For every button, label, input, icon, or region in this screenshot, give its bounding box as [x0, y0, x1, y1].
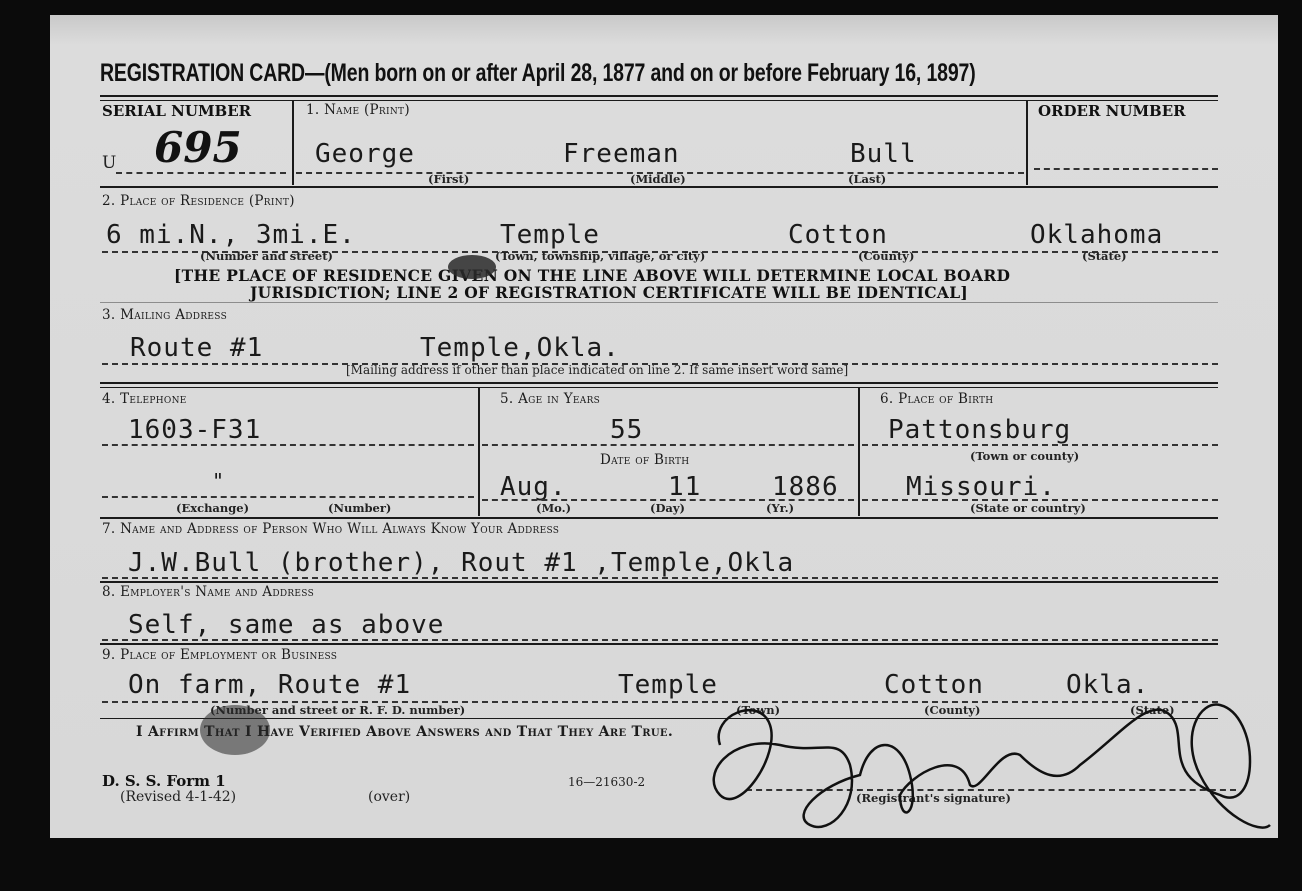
- employment-street: On farm, Route #1: [128, 670, 411, 700]
- telephone-exchange-line: [102, 496, 474, 498]
- divider: [100, 643, 1218, 645]
- mailing-address-part1: Route #1: [130, 333, 263, 363]
- registration-card: REGISTRATION CARD—(Men born on or after …: [50, 15, 1278, 838]
- divider: [478, 388, 480, 516]
- residence-county: Cotton: [788, 220, 888, 250]
- divider: [100, 95, 1218, 97]
- birthplace-state: Missouri.: [906, 472, 1056, 502]
- dob-year-caption: (Yr.): [766, 501, 794, 515]
- contact-value: J.W.Bull (brother), Rout #1 ,Temple,Okla: [128, 548, 794, 578]
- age-line: [482, 444, 854, 446]
- residence-county-caption: (County): [858, 249, 914, 263]
- residence-state: Oklahoma: [1030, 220, 1163, 250]
- employer-value: Self, same as above: [128, 610, 444, 640]
- contact-line: [102, 577, 1218, 579]
- dob-day: 11: [668, 472, 701, 502]
- divider: [1026, 101, 1028, 185]
- contact-label: 7. Name and Address of Person Who Will A…: [102, 521, 559, 537]
- birthplace-label: 6. Place of Birth: [880, 391, 993, 407]
- name-middle-caption: (Middle): [630, 172, 686, 186]
- form-name: D. S. S. Form 1: [102, 772, 226, 790]
- serial-prefix: U: [102, 153, 116, 173]
- telephone-value: 1603-F31: [128, 415, 261, 445]
- divider: [100, 382, 1218, 384]
- divider: [100, 186, 1218, 188]
- residence-street-caption: (Number and street): [200, 249, 333, 263]
- telephone-label: 4. Telephone: [102, 391, 187, 407]
- residence-label: 2. Place of Residence (Print): [102, 193, 295, 209]
- dob-month-caption: (Mo.): [536, 501, 571, 515]
- employment-label: 9. Place of Employment or Business: [102, 647, 337, 663]
- age-label: 5. Age in Years: [500, 391, 600, 407]
- serial-number-value: 695: [154, 123, 242, 172]
- divider: [100, 100, 1218, 101]
- order-number-label: ORDER NUMBER: [1038, 102, 1186, 120]
- fingerprint-smudge: [200, 705, 270, 755]
- employer-line: [102, 639, 1218, 641]
- dob-year: 1886: [772, 472, 839, 502]
- residence-notice-line2: JURISDICTION; LINE 2 OF REGISTRATION CER…: [250, 283, 968, 302]
- birthplace-state-caption: (State or country): [970, 501, 1086, 515]
- card-title: REGISTRATION CARD—(Men born on or after …: [100, 59, 1044, 88]
- serial-line: [116, 172, 286, 174]
- name-last: Bull: [850, 139, 917, 169]
- name-first: George: [315, 139, 415, 169]
- residence-state-caption: (State): [1082, 249, 1127, 263]
- order-number-line: [1034, 168, 1218, 170]
- residence-town-caption: (Town, township, village, or city): [495, 249, 705, 263]
- residence-town: Temple: [500, 220, 600, 250]
- employer-label: 8. Employer's Name and Address: [102, 584, 314, 600]
- serial-number-label: SERIAL NUMBER: [102, 102, 251, 120]
- divider: [100, 387, 1218, 388]
- divider: [858, 388, 860, 516]
- name-first-caption: (First): [428, 172, 469, 186]
- mailing-address-part2: Temple,Okla.: [420, 333, 620, 363]
- telephone-exchange-caption: (Exchange): [176, 501, 249, 515]
- divider: [292, 101, 294, 185]
- name-label: 1. Name (Print): [306, 102, 410, 118]
- date-of-birth-label: Date of Birth: [600, 452, 689, 468]
- mailing-address-caption: [Mailing address if other than place ind…: [346, 363, 848, 377]
- form-revised: (Revised 4-1-42): [120, 789, 236, 805]
- divider: [100, 517, 1218, 519]
- dob-day-caption: (Day): [650, 501, 685, 515]
- birthplace-town: Pattonsburg: [888, 415, 1071, 445]
- mailing-address-label: 3. Mailing Address: [102, 307, 227, 323]
- age-value: 55: [610, 415, 643, 445]
- telephone-number-caption: (Number): [328, 501, 391, 515]
- dob-month: Aug.: [500, 472, 567, 502]
- residence-street: 6 mi.N., 3mi.E.: [106, 220, 356, 250]
- divider: [100, 302, 1218, 303]
- name-middle: Freeman: [563, 139, 680, 169]
- telephone-exchange: ": [212, 469, 225, 493]
- ink-smudge: [448, 255, 496, 279]
- name-last-caption: (Last): [848, 172, 886, 186]
- birthplace-town-caption: (Town or county): [970, 449, 1079, 463]
- signature-scrawl-icon: [700, 675, 1280, 845]
- telephone-line: [102, 444, 474, 446]
- form-code: 16—21630-2: [568, 775, 645, 789]
- birthplace-town-line: [862, 444, 1218, 446]
- form-over: (over): [368, 789, 410, 805]
- divider: [100, 581, 1218, 583]
